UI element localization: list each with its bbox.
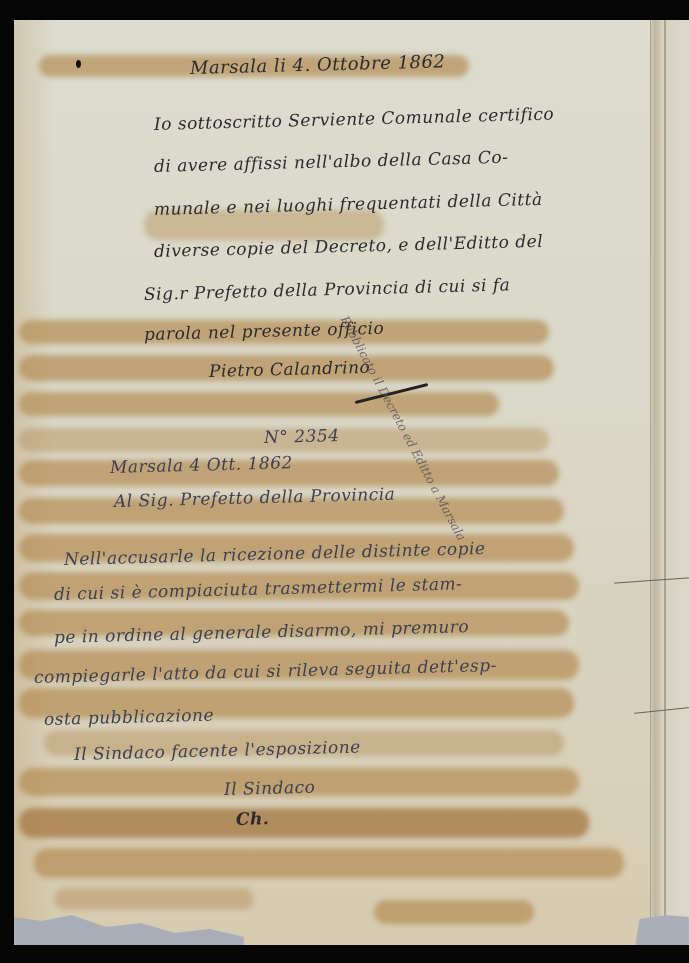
ink-stain <box>19 808 589 838</box>
ink-blot <box>76 60 81 68</box>
ink-stain <box>34 848 624 878</box>
ink-stain <box>54 888 254 910</box>
ink-stain <box>19 392 499 416</box>
torn-edge <box>14 913 244 945</box>
protocol-number: N° 2354 <box>264 426 340 448</box>
document-page: Marsala li 4. Ottobre 1862 Io sottoscrit… <box>14 20 689 945</box>
torn-edge <box>634 915 689 945</box>
folded-edge <box>650 20 689 945</box>
ink-stain <box>374 900 534 924</box>
body-line: Io sottoscritto Serviente Comunale certi… <box>154 105 555 135</box>
signature: Pietro Calandrino <box>209 358 371 382</box>
initials: Ch. <box>236 809 270 830</box>
closing: Il Sindaco <box>224 778 316 800</box>
fold-crease <box>664 20 666 945</box>
body-line: di avere affissi nell'albo della Casa Co… <box>154 148 509 177</box>
body-line: osta pubblicazione <box>44 706 215 730</box>
body-line: Sig.r Prefetto della Provincia di cui si… <box>144 275 511 305</box>
